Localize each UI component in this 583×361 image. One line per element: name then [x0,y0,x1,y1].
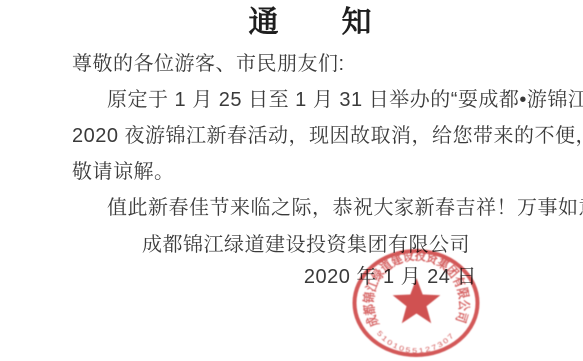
signature-company: 成都锦江绿道建设投资集团有限公司 [0,229,583,261]
notice-body: 尊敬的各位游客、市民朋友们: 原定于 1 月 25 日至 1 月 31 日举办的… [0,46,583,226]
seal-number-arc: 5101055127307 [375,330,457,355]
notice-title: 通 知 [0,0,583,38]
signature-date: 2020 年 1 月 24 日 [0,261,583,293]
body-line-2: 2020 夜游锦江新春活动，现因故取消，给您带来的不便， [72,118,557,154]
salutation-line: 尊敬的各位游客、市民朋友们: [72,46,557,82]
body-line-1: 原定于 1 月 25 日至 1 月 31 日举办的“耍成都•游锦江” [72,82,557,118]
notice-document: 通 知 尊敬的各位游客、市民朋友们: 原定于 1 月 25 日至 1 月 31 … [0,0,583,361]
body-line-4: 值此新春佳节来临之际，恭祝大家新春吉祥！万事如意！ [72,190,557,226]
body-line-3: 敬请谅解。 [72,154,557,190]
